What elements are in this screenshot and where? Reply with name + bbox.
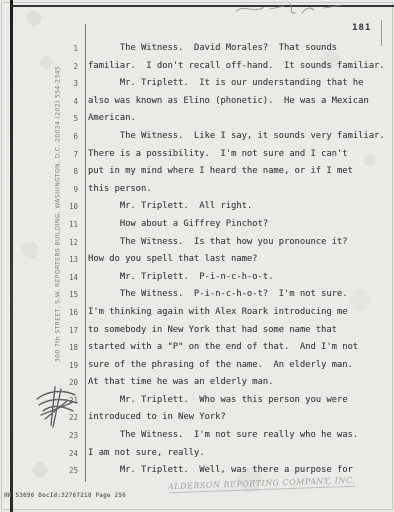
transcript-line: 18 started with a "P" on the end of that… — [0, 339, 392, 357]
line-number: 6 — [0, 128, 80, 146]
transcript-line: 9 this person. — [0, 181, 392, 199]
line-text: American. — [88, 110, 136, 128]
transcript-line: 10 Mr. Triplett. All right. — [0, 198, 392, 216]
line-text: The Witness. I'm not sure really who he … — [88, 427, 358, 445]
line-number: 17 — [0, 322, 80, 340]
line-number: 13 — [0, 251, 80, 269]
line-text: also was known as Elino (phonetic). He w… — [88, 93, 369, 111]
line-number: 10 — [0, 198, 80, 216]
line-number: 24 — [0, 445, 80, 463]
transcript-line: 8 put in my mind where I heard the name,… — [0, 163, 392, 181]
line-text: I am not sure, really. — [88, 445, 205, 463]
line-text: Mr. Triplett. It is our understanding th… — [88, 75, 363, 93]
line-number: 15 — [0, 286, 80, 304]
transcript-line: 13 How do you spell that last name? — [0, 251, 392, 269]
line-number: 7 — [0, 146, 80, 164]
line-number: 8 — [0, 163, 80, 181]
line-text: The Witness. Is that how you pronounce i… — [88, 234, 348, 252]
transcript-line: 15 The Witness. P-i-n-c-h-o-t? I'm not s… — [0, 286, 392, 304]
line-number: 14 — [0, 269, 80, 287]
transcript-line: 2 familiar. I don't recall off-hand. It … — [0, 58, 392, 76]
line-number: 25 — [0, 462, 80, 480]
transcript-line: 4 also was known as Elino (phonetic). He… — [0, 93, 392, 111]
transcript-line: 14 Mr. Triplett. P-i-n-c-h-o-t. — [0, 269, 392, 287]
transcript-line: 12 The Witness. Is that how you pronounc… — [0, 234, 392, 252]
scanned-transcript-page: 181 300 7th STREET, S.W. REPORTERS BUILD… — [0, 0, 394, 512]
line-text: introduced to in New York? — [88, 409, 226, 427]
line-text: to somebody in New York that had some na… — [88, 322, 337, 340]
pen-scribble-icon — [33, 381, 79, 431]
line-number: 3 — [0, 75, 80, 93]
line-text: I'm thinking again with Alex Roark intro… — [88, 304, 348, 322]
page-number: 181 — [352, 23, 371, 33]
line-text: sure of the phrasing of the name. An eld… — [88, 357, 353, 375]
line-text: There is a possibility. I'm not sure and… — [88, 146, 348, 164]
transcript-line: 17 to somebody in New York that had some… — [0, 322, 392, 340]
line-text: started with a "P" on the end of that. A… — [88, 339, 358, 357]
line-text: put in my mind where I heard the name, o… — [88, 163, 353, 181]
line-text: The Witness. David Morales? That sounds — [88, 40, 337, 58]
transcript-line: 1 The Witness. David Morales? That sound… — [0, 40, 392, 58]
line-number: 4 — [0, 93, 80, 111]
handwritten-mark-icon — [232, 1, 347, 17]
line-text: How do you spell that last name? — [88, 251, 257, 269]
line-number: 9 — [0, 181, 80, 199]
transcript-line: 24 I am not sure, really. — [0, 445, 392, 463]
line-text: Mr. Triplett. All right. — [88, 198, 252, 216]
line-number: 16 — [0, 304, 80, 322]
transcript-line: 5 American. — [0, 110, 392, 128]
line-number: 11 — [0, 216, 80, 234]
line-number: 12 — [0, 234, 80, 252]
transcript-line: 16 I'm thinking again with Alex Roark in… — [0, 304, 392, 322]
line-text: The Witness. Like I say, it sounds very … — [88, 128, 385, 146]
archive-reference: HW 53096 DocId:32767218 Page 256 — [4, 492, 126, 499]
line-text: this person. — [88, 181, 152, 199]
line-text: Mr. Triplett. Who was this person you we… — [88, 392, 348, 410]
line-number: 5 — [0, 110, 80, 128]
line-text: How about a Giffrey Pinchot? — [88, 216, 268, 234]
line-text: Mr. Triplett. P-i-n-c-h-o-t. — [88, 269, 273, 287]
line-text: At that time he was an elderly man. — [88, 374, 273, 392]
line-number: 2 — [0, 58, 80, 76]
transcript-line: 11 How about a Giffrey Pinchot? — [0, 216, 392, 234]
line-number: 19 — [0, 357, 80, 375]
transcript-line: 7 There is a possibility. I'm not sure a… — [0, 146, 392, 164]
line-number: 18 — [0, 339, 80, 357]
transcript-line: 19 sure of the phrasing of the name. An … — [0, 357, 392, 375]
line-number: 1 — [0, 40, 80, 58]
line-text: The Witness. P-i-n-c-h-o-t? I'm not sure… — [88, 286, 348, 304]
line-text: familiar. I don't recall off-hand. It so… — [88, 58, 385, 76]
transcript-line: 3 Mr. Triplett. It is our understanding … — [0, 75, 392, 93]
transcript-line: 6 The Witness. Like I say, it sounds ver… — [0, 128, 392, 146]
